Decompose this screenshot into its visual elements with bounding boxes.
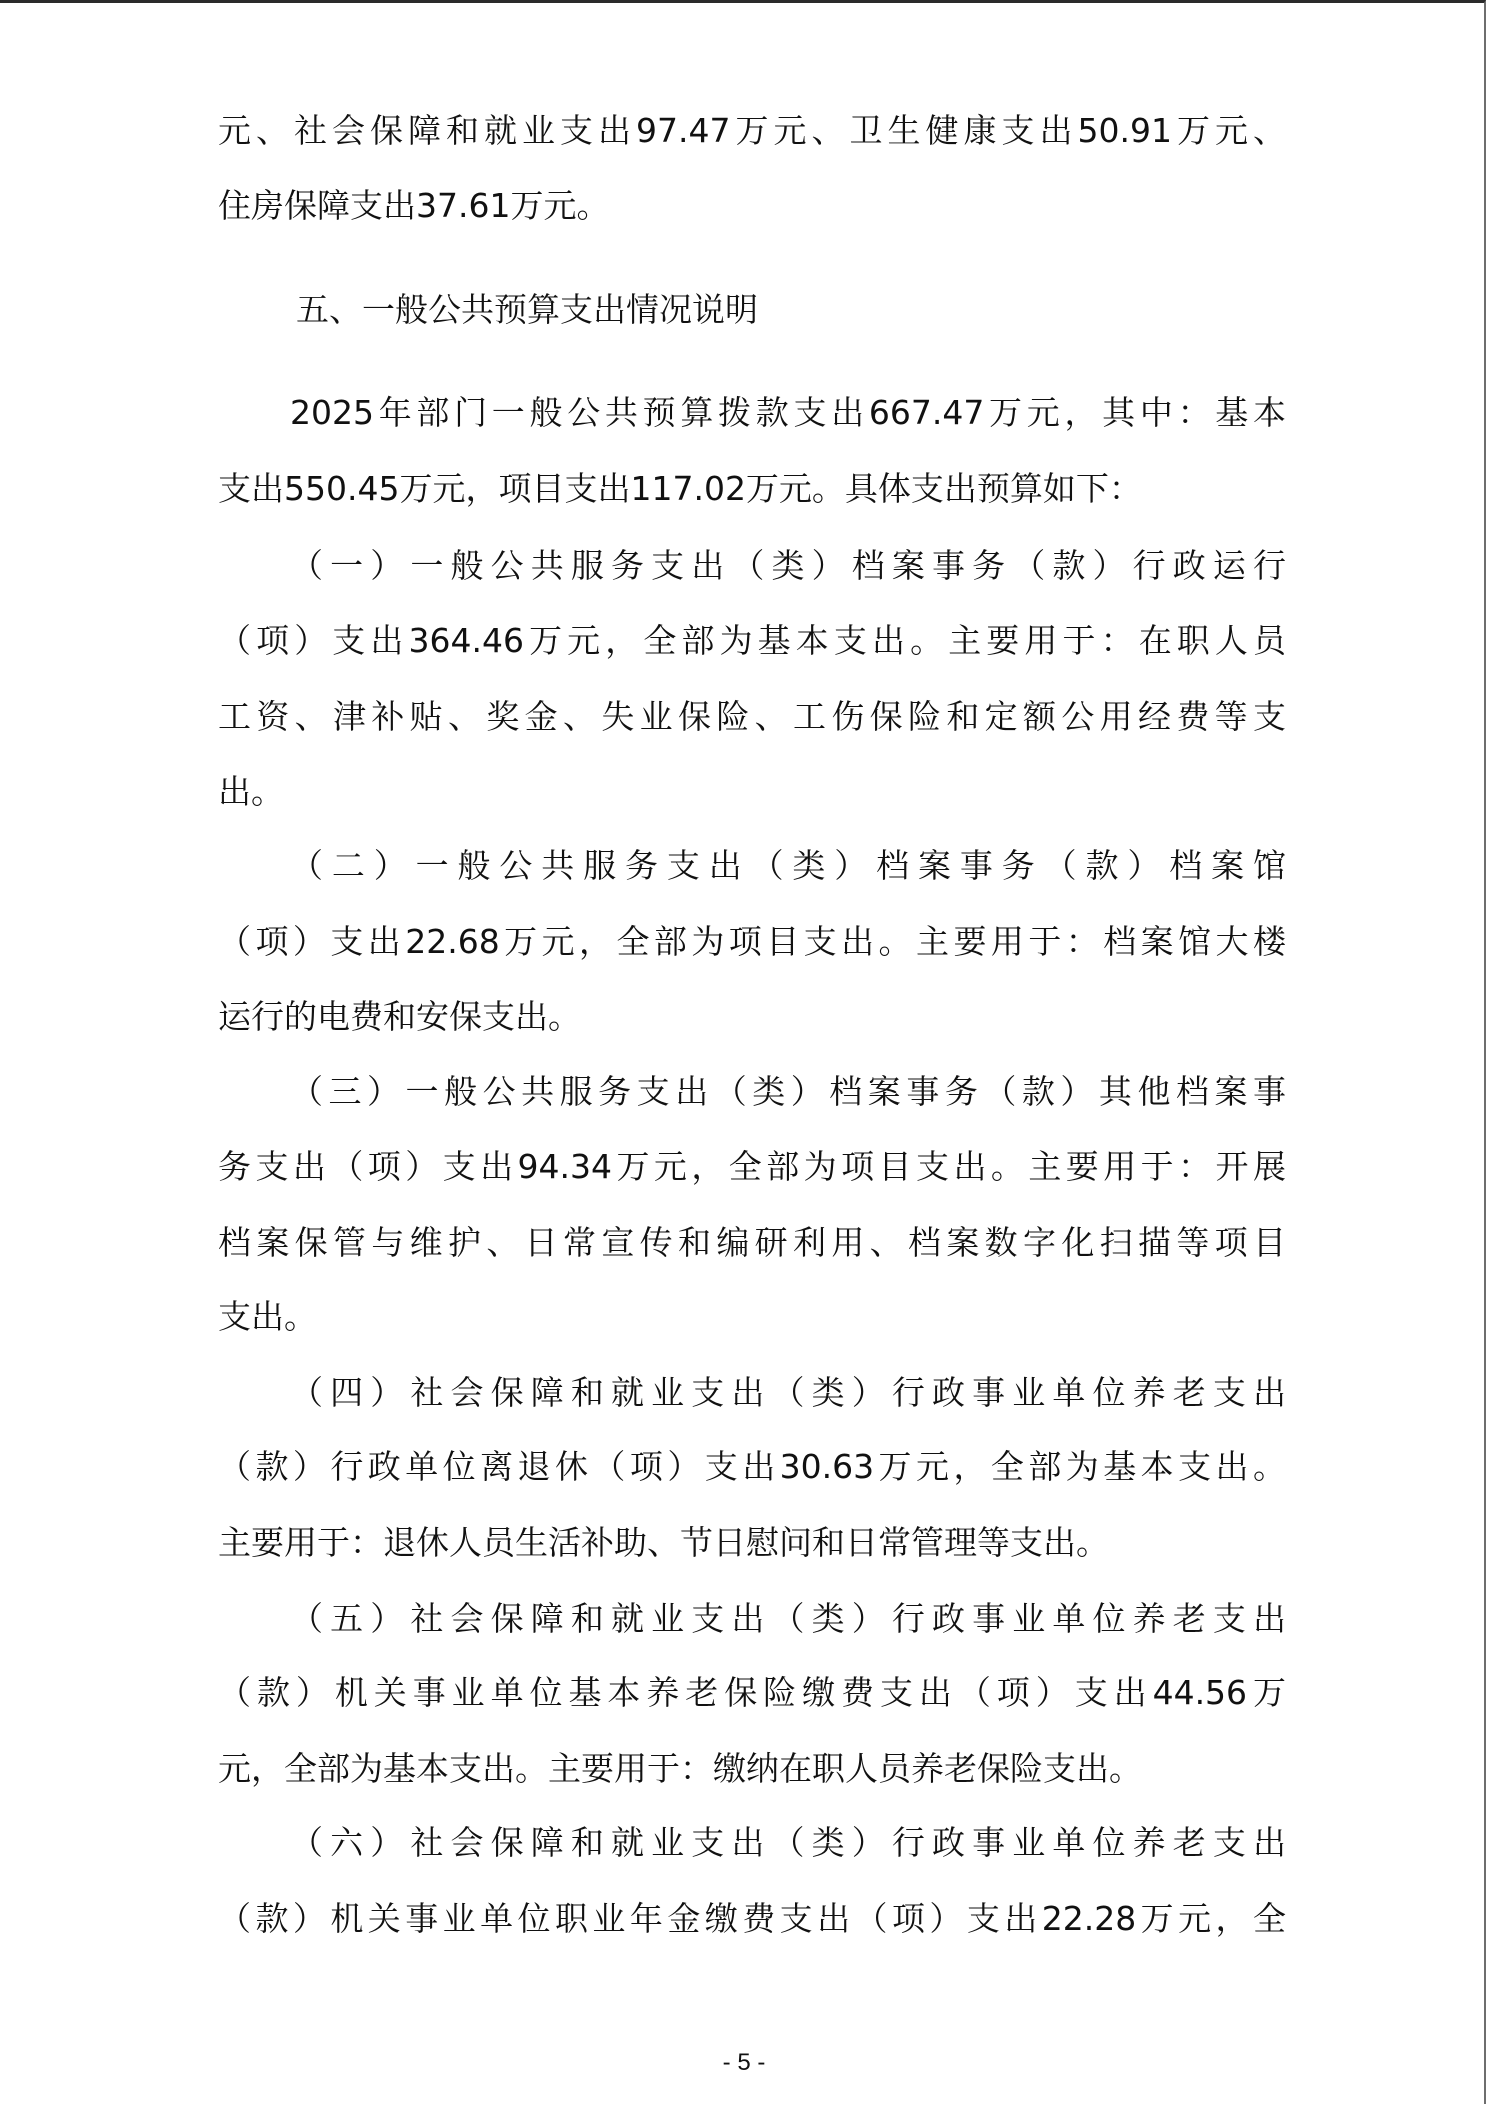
text-line: 元，全部为基本支出。主要用于：缴纳在职人员养老保险支出。 xyxy=(218,1747,1286,1791)
text-line: 元、社会保障和就业支出97.47万元、卫生健康支出50.91万元、 xyxy=(218,109,1286,153)
text-line: （二）一般公共服务支出（类）档案事务（款）档案馆 xyxy=(290,844,1286,888)
text-line: （项）支出22.68万元，全部为项目支出。主要用于：档案馆大楼 xyxy=(218,920,1286,964)
text-line: 务支出（项）支出94.34万元，全部为项目支出。主要用于：开展 xyxy=(218,1145,1286,1189)
text-line: （一）一般公共服务支出（类）档案事务（款）行政运行 xyxy=(290,544,1286,588)
text-line: 运行的电费和安保支出。 xyxy=(218,995,1286,1039)
text-line: （四）社会保障和就业支出（类）行政事业单位养老支出 xyxy=(290,1371,1286,1415)
text-line: 档案保管与维护、日常宣传和编研利用、档案数字化扫描等项目 xyxy=(218,1221,1286,1265)
text-line: （款）机关事业单位职业年金缴费支出（项）支出22.28万元，全 xyxy=(218,1897,1286,1941)
text-line: （款）机关事业单位基本养老保险缴费支出（项）支出44.56万 xyxy=(218,1671,1286,1715)
text-line: 工资、津补贴、奖金、失业保险、工伤保险和定额公用经费等支 xyxy=(218,695,1286,739)
text-line: 支出。 xyxy=(218,1295,1286,1339)
page-number: - 5 - xyxy=(0,2049,1488,2077)
document-page: 元、社会保障和就业支出97.47万元、卫生健康支出50.91万元、住房保障支出3… xyxy=(0,0,1486,2104)
text-line: （五）社会保障和就业支出（类）行政事业单位养老支出 xyxy=(290,1597,1286,1641)
text-line: 住房保障支出37.61万元。 xyxy=(218,184,1286,228)
section-heading: 五、一般公共预算支出情况说明 xyxy=(296,288,758,332)
text-line: 出。 xyxy=(218,770,1286,814)
text-line: （款）行政单位离退休（项）支出30.63万元，全部为基本支出。 xyxy=(218,1445,1286,1489)
text-line: 主要用于：退休人员生活补助、节日慰问和日常管理等支出。 xyxy=(218,1521,1286,1565)
text-line: （项）支出364.46万元，全部为基本支出。主要用于：在职人员 xyxy=(218,619,1286,663)
text-line: （六）社会保障和就业支出（类）行政事业单位养老支出 xyxy=(290,1821,1286,1865)
text-line: 2025年部门一般公共预算拨款支出667.47万元，其中：基本 xyxy=(290,391,1286,435)
text-line: 支出550.45万元，项目支出117.02万元。具体支出预算如下： xyxy=(218,467,1286,511)
text-line: （三）一般公共服务支出（类）档案事务（款）其他档案事 xyxy=(290,1070,1286,1114)
